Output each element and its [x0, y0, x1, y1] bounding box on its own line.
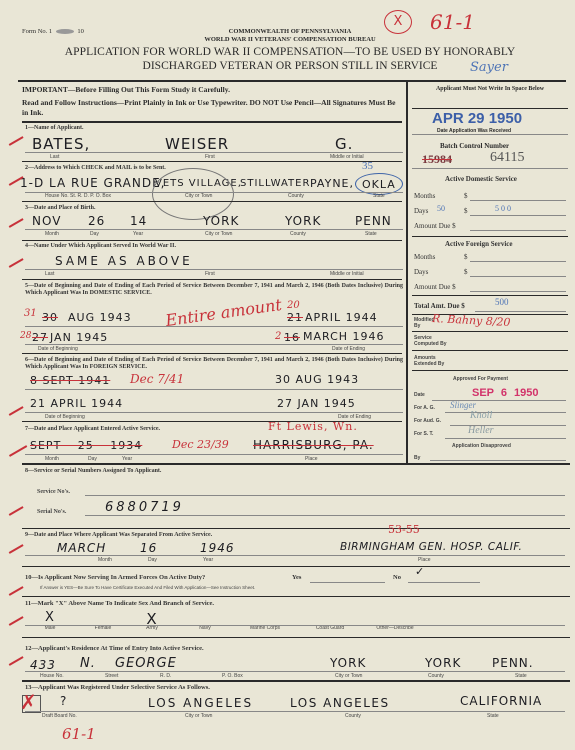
sublabel-year: Year	[122, 456, 132, 462]
q10-label: 10—Is Applicant Now Serving In Armed For…	[25, 574, 205, 581]
for-ag-label: For A. G.	[414, 405, 435, 411]
sublabel-day: Day	[148, 557, 157, 563]
divider	[412, 295, 568, 296]
q6-row1-end: 30 AUG 1943	[275, 373, 359, 386]
q6-row1-begin-correction: Dec 7/41	[130, 372, 184, 386]
q13-board: ?	[60, 694, 67, 708]
q3-year: 14	[130, 214, 147, 228]
q5-row2-begin-struck: 27	[32, 331, 48, 344]
divider	[25, 229, 403, 230]
sublabel-rd: R. D.	[160, 673, 171, 679]
sublabel-county: County	[345, 713, 361, 719]
divider	[25, 152, 403, 153]
service-numbers-field	[85, 495, 565, 496]
sublabel-middle: Middle or Initial	[330, 154, 364, 160]
male-mark: X	[30, 610, 70, 625]
divider	[470, 276, 566, 277]
q5-row2-end-struck: 16	[284, 331, 300, 344]
form-number-suffix: 10	[77, 28, 84, 35]
form-number: Form No. 1 10	[22, 28, 84, 35]
q12-house: 433	[30, 658, 56, 672]
file-code-annotation: 61-1	[430, 10, 475, 34]
review-tick-marks	[0, 0, 30, 750]
sublabel-day: Day	[90, 231, 99, 237]
sublabel-first: First	[205, 154, 215, 160]
q5-row1-note: Entire amount	[164, 295, 283, 330]
q9-label: 9—Date and Place Where Applicant Was Sep…	[25, 532, 212, 538]
divider	[412, 350, 568, 351]
sublabel-state: State	[365, 231, 377, 237]
sublabel-county: County	[428, 673, 444, 679]
disapproved-by-label: By	[414, 455, 420, 461]
divider	[470, 200, 566, 201]
dollar-sign: $	[464, 192, 468, 200]
for-st-label: For S. T.	[414, 431, 433, 437]
divider	[412, 134, 568, 135]
modified-by-signature: R. Bahny 8/20	[432, 312, 511, 329]
divider	[445, 438, 566, 439]
divider	[22, 680, 570, 682]
q10-yes-label: Yes	[292, 574, 301, 581]
q12-county: YORK	[425, 656, 461, 670]
sublabel-month: Month	[45, 456, 59, 462]
domestic-months-label: Months	[414, 192, 435, 200]
q6-row2-end: 27 JAN 1945	[277, 397, 356, 410]
q2-house: 1-D LA RUE GRANDE,	[20, 176, 166, 190]
q4-label: 4—Name Under Which Applicant Served In W…	[25, 243, 176, 249]
sublabel-city: City or Town	[185, 713, 212, 719]
q4-value: SAME AS ABOVE	[55, 254, 193, 268]
q2-label: 2—Address to Which CHECK and MAIL is to …	[25, 165, 166, 171]
dollar-sign: $	[464, 253, 468, 261]
domestic-title: Active Domestic Service	[445, 175, 517, 183]
service-numbers-label: Service No's.	[37, 489, 70, 495]
sublabel-county: County	[288, 193, 304, 199]
q10-note: If Answer is YES—Be Sure To Have Certifi…	[40, 585, 255, 590]
divider	[25, 269, 403, 270]
q6-row1-begin-struck: 8 SEPT 1941	[30, 374, 110, 387]
option-marine-corps[interactable]: Marine Corps	[235, 610, 295, 631]
date-received-stamp: APR 29 1950	[432, 110, 522, 127]
divider	[25, 454, 403, 455]
option-female[interactable]: Female	[83, 610, 123, 631]
option-coast-guard[interactable]: Coast Guard	[300, 610, 360, 631]
q1-last-name: BATES,	[32, 135, 90, 153]
divider	[412, 370, 568, 371]
q9-month: MARCH	[57, 541, 106, 555]
divider	[22, 353, 402, 354]
divider	[25, 412, 403, 413]
q5-row2-begin: JAN 1945	[50, 331, 108, 344]
q5-row1-end: APRIL 1944	[305, 311, 378, 324]
divider	[412, 108, 568, 109]
dollar-sign: $	[464, 268, 468, 276]
divider	[475, 311, 566, 312]
divider	[22, 201, 402, 202]
instructions-important: IMPORTANT—Before Filling Out This Form S…	[22, 85, 230, 94]
option-army[interactable]: X Army	[132, 610, 172, 631]
divider	[25, 389, 403, 390]
divider	[22, 566, 570, 567]
marine-corps-mark	[235, 610, 295, 625]
reviewer-signature: Sayer	[470, 60, 508, 75]
divider	[445, 412, 566, 413]
approved-title: Approved For Payment	[453, 376, 508, 382]
divider	[25, 326, 403, 327]
column-divider	[406, 80, 408, 465]
agency-name: COMMONWEALTH OF PENNSYLVANIA	[190, 28, 390, 35]
q12-street: N. GEORGE	[80, 656, 177, 671]
divider	[470, 261, 566, 262]
sublabel-begin: Date of Beginning	[45, 414, 85, 420]
q5-row1-end-struck: 21	[287, 311, 303, 324]
q5-row2-end: MARCH 1946	[303, 330, 385, 343]
divider	[470, 291, 566, 292]
dollar-sign: $	[464, 207, 468, 215]
bottom-file-code-annotation: 61-1	[62, 725, 96, 743]
q5-row2-end-correction: 2	[275, 331, 281, 342]
sublabel-month: Month	[45, 231, 59, 237]
serial-numbers-field	[85, 515, 565, 516]
q12-state: PENN.	[492, 656, 534, 670]
divider	[22, 596, 570, 597]
q13-city: LOS ANGELES	[148, 696, 253, 710]
sublabel-place: Place	[418, 557, 431, 563]
q13-state: CALIFORNIA	[460, 694, 542, 708]
option-male[interactable]: X Male	[30, 610, 70, 631]
sublabel-city: City or Town	[185, 193, 212, 199]
divider	[412, 331, 568, 332]
office-header: Applicant Must Not Write In Space Below	[420, 85, 560, 93]
batch-number: 64115	[490, 150, 524, 166]
total-amount-value: 500	[495, 297, 509, 307]
divider	[25, 344, 403, 345]
q8-label: 8—Service or Serial Numbers Assigned To …	[25, 468, 161, 474]
approval-date-label: Date	[414, 392, 425, 398]
q2-county: STILLWATER	[240, 178, 310, 189]
other-mark	[360, 610, 430, 625]
q2-annotation: 35	[362, 160, 373, 172]
sublabel-state: State	[487, 713, 499, 719]
service-computed-label: Service Computed By	[414, 335, 454, 347]
sublabel-city: City or Town	[335, 673, 362, 679]
sublabel-street: Street	[105, 673, 118, 679]
q10-no-label: No	[393, 574, 401, 581]
circled-x-annotation: X	[384, 10, 412, 34]
q9-day: 16	[140, 541, 157, 555]
q5-label: 5—Date of Beginning and Date of Ending o…	[25, 283, 403, 297]
divider	[22, 528, 570, 529]
bureau-name: WORLD WAR II VETERANS' COMPENSATION BURE…	[150, 36, 430, 43]
q6-row2-begin: 21 APRIL 1944	[30, 397, 123, 410]
q5-row1-begin: AUG 1943	[68, 311, 132, 324]
divider	[25, 625, 565, 626]
batch-number-struck: 15984	[422, 152, 452, 167]
q1-first-name: WEISER	[165, 135, 229, 153]
q1-middle-initial: G.	[335, 135, 353, 153]
sublabel-begin: Date of Beginning	[38, 346, 78, 352]
sublabel-place: Place	[305, 456, 318, 462]
sublabel-last: Last	[50, 154, 59, 160]
divider	[470, 230, 566, 231]
approval-date-stamp: SEP 6 1950	[472, 387, 539, 399]
sublabel-year: Year	[203, 557, 213, 563]
coast-guard-mark	[300, 610, 360, 625]
total-amount-label: Total Amt. Due $	[414, 302, 465, 310]
q11-label: 11—Mark "X" Above Name To Indicate Sex A…	[25, 600, 214, 607]
q9-annotation: 53-55	[388, 523, 420, 536]
divider	[22, 121, 402, 123]
q3-county: YORK	[285, 214, 321, 228]
sublabel-last: Last	[45, 271, 54, 277]
q7-date-correction: Dec 23/39	[172, 438, 229, 451]
divider	[25, 555, 565, 556]
sublabel-middle: Middle or Initial	[330, 271, 364, 277]
option-navy[interactable]: Navy	[185, 610, 225, 631]
divider	[22, 463, 570, 465]
sublabel-house: House No.	[40, 673, 64, 679]
seal-icon	[56, 29, 74, 34]
instructions-body: Read and Follow Instructions—Print Plain…	[22, 98, 400, 118]
sublabel-board: Draft Board No.	[42, 713, 77, 719]
amounts-extended-label: Amounts Extended By	[414, 355, 454, 367]
serial-numbers-label: Serial No's.	[37, 509, 66, 515]
q7-place-struck: HARRISBURG, PA.	[253, 438, 374, 452]
divider	[470, 215, 566, 216]
divider	[25, 711, 565, 712]
navy-mark	[185, 610, 225, 625]
q3-state: PENN	[355, 214, 392, 228]
divider	[22, 161, 402, 162]
q10-yes-field[interactable]	[310, 582, 385, 583]
q3-day: 26	[88, 214, 105, 228]
q13-county: LOS ANGELES	[290, 696, 390, 710]
foreign-days-label: Days	[414, 268, 428, 276]
option-other[interactable]: Other—Describe	[360, 610, 430, 631]
q3-label: 3—Date and Place of Birth.	[25, 205, 96, 211]
q7-label: 7—Date and Place Applicant Entered Activ…	[25, 426, 160, 432]
q2-county-payne: PAYNE,	[310, 177, 354, 190]
sublabel-first: First	[205, 271, 215, 277]
sublabel-house: House No. St. R. D. P. O. Box	[45, 193, 111, 199]
divider	[22, 279, 402, 280]
header-divider	[18, 80, 566, 82]
for-ag-signature: Slinger	[450, 400, 476, 410]
q5-row1-end-correction: 20	[287, 300, 300, 311]
divider	[430, 460, 566, 461]
form-title-line1: APPLICATION FOR WORLD WAR II COMPENSATIO…	[20, 46, 560, 58]
q1-label: 1—Name of Applicant.	[25, 125, 84, 131]
q5-row1-begin-struck: 30	[42, 311, 58, 324]
divider	[22, 637, 570, 638]
foreign-months-label: Months	[414, 253, 435, 261]
q10-no-field[interactable]	[408, 582, 480, 583]
sublabel-end: Date of Ending	[332, 346, 365, 352]
q3-city: YORK	[203, 214, 239, 228]
army-mark: X	[132, 610, 172, 625]
sublabel-state: State	[515, 673, 527, 679]
q7-place-correction: Ft Lewis, Wn.	[268, 420, 358, 433]
q6-label: 6—Date of Beginning and Date of Ending o…	[25, 357, 403, 371]
sublabel-city: City or Town	[205, 231, 232, 237]
disapproved-title: Application Disapproved	[452, 443, 511, 449]
for-audg-signature: Knoll	[470, 410, 492, 421]
foreign-title: Active Foreign Service	[445, 240, 513, 248]
sublabel-pobox: P. O. Box	[222, 673, 243, 679]
serial-number-value: 6880719	[105, 500, 184, 515]
divider	[412, 168, 568, 169]
foreign-amount-label: Amount Due $	[414, 283, 456, 291]
domestic-amount-label: Amount Due $	[414, 222, 456, 230]
domestic-days-amount: 500	[495, 204, 513, 213]
q9-year: 1946	[200, 541, 235, 555]
sublabel-year: Year	[133, 231, 143, 237]
sublabel-state: State	[373, 193, 385, 199]
for-audg-label: For Aud. G.	[414, 418, 441, 424]
divider	[412, 236, 568, 237]
q12-label: 12—Applicant's Residence At Time of Entr…	[25, 645, 204, 652]
batch-control-label: Batch Control Number	[440, 142, 509, 150]
q10-no-checkmark[interactable]: ✓	[415, 565, 425, 578]
domestic-days-value: 50	[437, 204, 445, 213]
sublabel-month: Month	[98, 557, 112, 563]
q13-label: 13—Applicant Was Registered Under Select…	[25, 684, 210, 691]
domestic-days-label: Days	[414, 207, 428, 215]
q12-city: YORK	[330, 656, 366, 670]
sublabel-day: Day	[88, 456, 97, 462]
q3-month: NOV	[32, 214, 61, 228]
q2-state: OKLA	[362, 178, 396, 191]
q7-date-struck: SEPT 25 1934	[30, 439, 142, 452]
sublabel-county: County	[290, 231, 306, 237]
female-mark	[83, 610, 123, 625]
divider	[22, 240, 402, 241]
q9-place: BIRMINGHAM GEN. HOSP. CALIF.	[340, 541, 522, 553]
divider	[25, 671, 565, 672]
for-st-signature: Heller	[468, 425, 494, 436]
